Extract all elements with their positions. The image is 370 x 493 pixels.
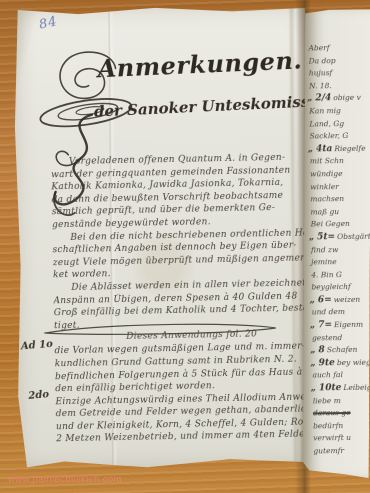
right-page-line: Bei Gegen (309, 218, 370, 231)
right-page-line: Land, Gg (307, 117, 370, 130)
right-page-line: auch fal (310, 369, 370, 382)
right-page-line: Sackler, G (308, 130, 370, 143)
line-fragment: jemine (311, 257, 337, 266)
line-fragment: N. 18. (309, 81, 332, 90)
right-page-line: 4. Bin G (309, 268, 370, 281)
item-number: „ 10te (311, 383, 342, 393)
right-page-line: „ 4taRiegelfe (308, 142, 370, 155)
right-page-line: „ 7=Eigenm (310, 319, 370, 332)
right-page-line: „ 8Schafen (310, 344, 370, 357)
line-fragment: find zw (311, 245, 338, 254)
body-text: Vorgeladenen offenen Quantum A. in Gegen… (51, 151, 309, 446)
line-fragment: weizen (334, 295, 361, 304)
line-fragment: Obstgärt (337, 232, 370, 241)
right-page-line: jemine (309, 256, 370, 269)
line-fragment: bedürfn (313, 421, 343, 430)
line-fragment: Da dop (309, 56, 336, 65)
item-number: „ 6= (310, 295, 332, 305)
manuscript-left-page: 84 Anmerkungen. der Sanoker Unteskomissi… (13, 5, 313, 471)
line-fragment: maß gu (310, 207, 339, 216)
right-page-line: „ 6=weizen (310, 293, 370, 306)
right-page-line: verwirft u (311, 432, 370, 445)
line-fragment: Sackler, G (310, 131, 349, 140)
line-fragment: daraus ge (313, 408, 351, 417)
right-page-line: hujusf (307, 67, 370, 80)
right-page-line: N. 18. (307, 79, 370, 92)
item-number: „ 9te (310, 358, 335, 368)
right-page-line: und dem (310, 306, 370, 319)
title-line-1: Anmerkungen. (97, 45, 312, 83)
right-page-line: daraus ge (311, 407, 370, 420)
right-page-line: „ 5t=Obstgärt (309, 231, 370, 244)
line-fragment: winkler (310, 182, 339, 191)
paragraph-3: Die Ablässet werden ein in allen vier be… (53, 277, 306, 332)
right-page-line: beygleichf (309, 281, 370, 294)
line-fragment: Land, Gg (309, 119, 344, 128)
paragraph-2do: Einzige Achtungswürdig eines Theil Allod… (55, 391, 308, 446)
paragraph-1: Vorgeladenen offenen Quantum A. in Gegen… (51, 151, 304, 231)
line-fragment: Kan mig (309, 106, 341, 115)
line-fragment: mit Schn (310, 156, 344, 165)
right-page-line: bedürfn (311, 419, 370, 432)
right-page-line: „ 9tebey wieg (310, 356, 370, 369)
right-page-line: gutemfr (311, 445, 370, 458)
item-number: „ 4ta (308, 144, 333, 154)
line-fragment: und dem (312, 307, 345, 316)
line-fragment: obige v (333, 93, 361, 102)
photo-of-manuscript: 84 Anmerkungen. der Sanoker Unteskomissi… (0, 0, 370, 493)
right-page-line: wündige (308, 168, 370, 181)
line-fragment: bey wieg (337, 358, 370, 367)
right-page-line: Aberf (306, 42, 370, 55)
right-page-line: „ 10teLeibeigen (311, 382, 370, 395)
line-fragment: Leibeigen (343, 383, 370, 392)
line-fragment: Eigenm (334, 320, 363, 329)
paragraph-2: Bei den die nicht beschriebenen ordentli… (52, 227, 305, 282)
line-fragment: Schafen (327, 345, 358, 354)
right-page-line: gestend (310, 331, 370, 344)
line-fragment: Aberf (308, 43, 329, 52)
item-number: „ 7= (310, 320, 332, 330)
right-page-line: Da dop (307, 54, 370, 67)
line-fragment: verwirft u (313, 433, 351, 442)
line-fragment: hujusf (309, 68, 333, 77)
item-number: „ 8 (310, 346, 325, 356)
line-fragment: gutemfr (313, 446, 344, 455)
line-fragment: auch fal (312, 370, 342, 379)
right-page-line: „ 2/4obige v (307, 92, 370, 105)
right-page-line: maß gu (308, 205, 370, 218)
margin-note-ad1: Ad 1o (21, 339, 54, 352)
line-fragment: beygleichf (311, 282, 350, 291)
item-number: „ 2/4 (307, 94, 331, 104)
manuscript-right-page: Aberf Da dop hujusf N. 18. „ 2/4obige v … (303, 9, 370, 478)
paragraph-ad1: die Vorlan wegen gutsmäßigen Lage und m.… (54, 341, 307, 396)
right-page-line: machsen (308, 193, 370, 206)
right-page-line: mit Schn (308, 155, 370, 168)
line-fragment: wündige (310, 169, 343, 178)
title-line-2: der Sanoker Unteskomission (94, 93, 311, 121)
line-fragment: Bei Gegen (311, 219, 350, 228)
margin-note-2do: 2do (28, 389, 49, 402)
page-number-pencil: 84 (38, 14, 59, 33)
line-fragment: gestend (312, 333, 342, 342)
item-number: „ 5t= (309, 232, 335, 242)
right-page-text-column: Aberf Da dop hujusf N. 18. „ 2/4obige v … (306, 42, 370, 458)
right-page-line: Kan mig (307, 105, 370, 118)
right-page-line: find zw (309, 243, 370, 256)
line-fragment: machsen (310, 194, 344, 203)
line-fragment: liebe m (313, 396, 341, 405)
watermark-url: www.pamiecbliskich.com (8, 474, 122, 485)
line-fragment: Riegelfe (334, 144, 365, 153)
line-fragment: 4. Bin G (311, 270, 342, 279)
right-page-line: winkler (308, 180, 370, 193)
right-page-line: liebe m (311, 394, 370, 407)
